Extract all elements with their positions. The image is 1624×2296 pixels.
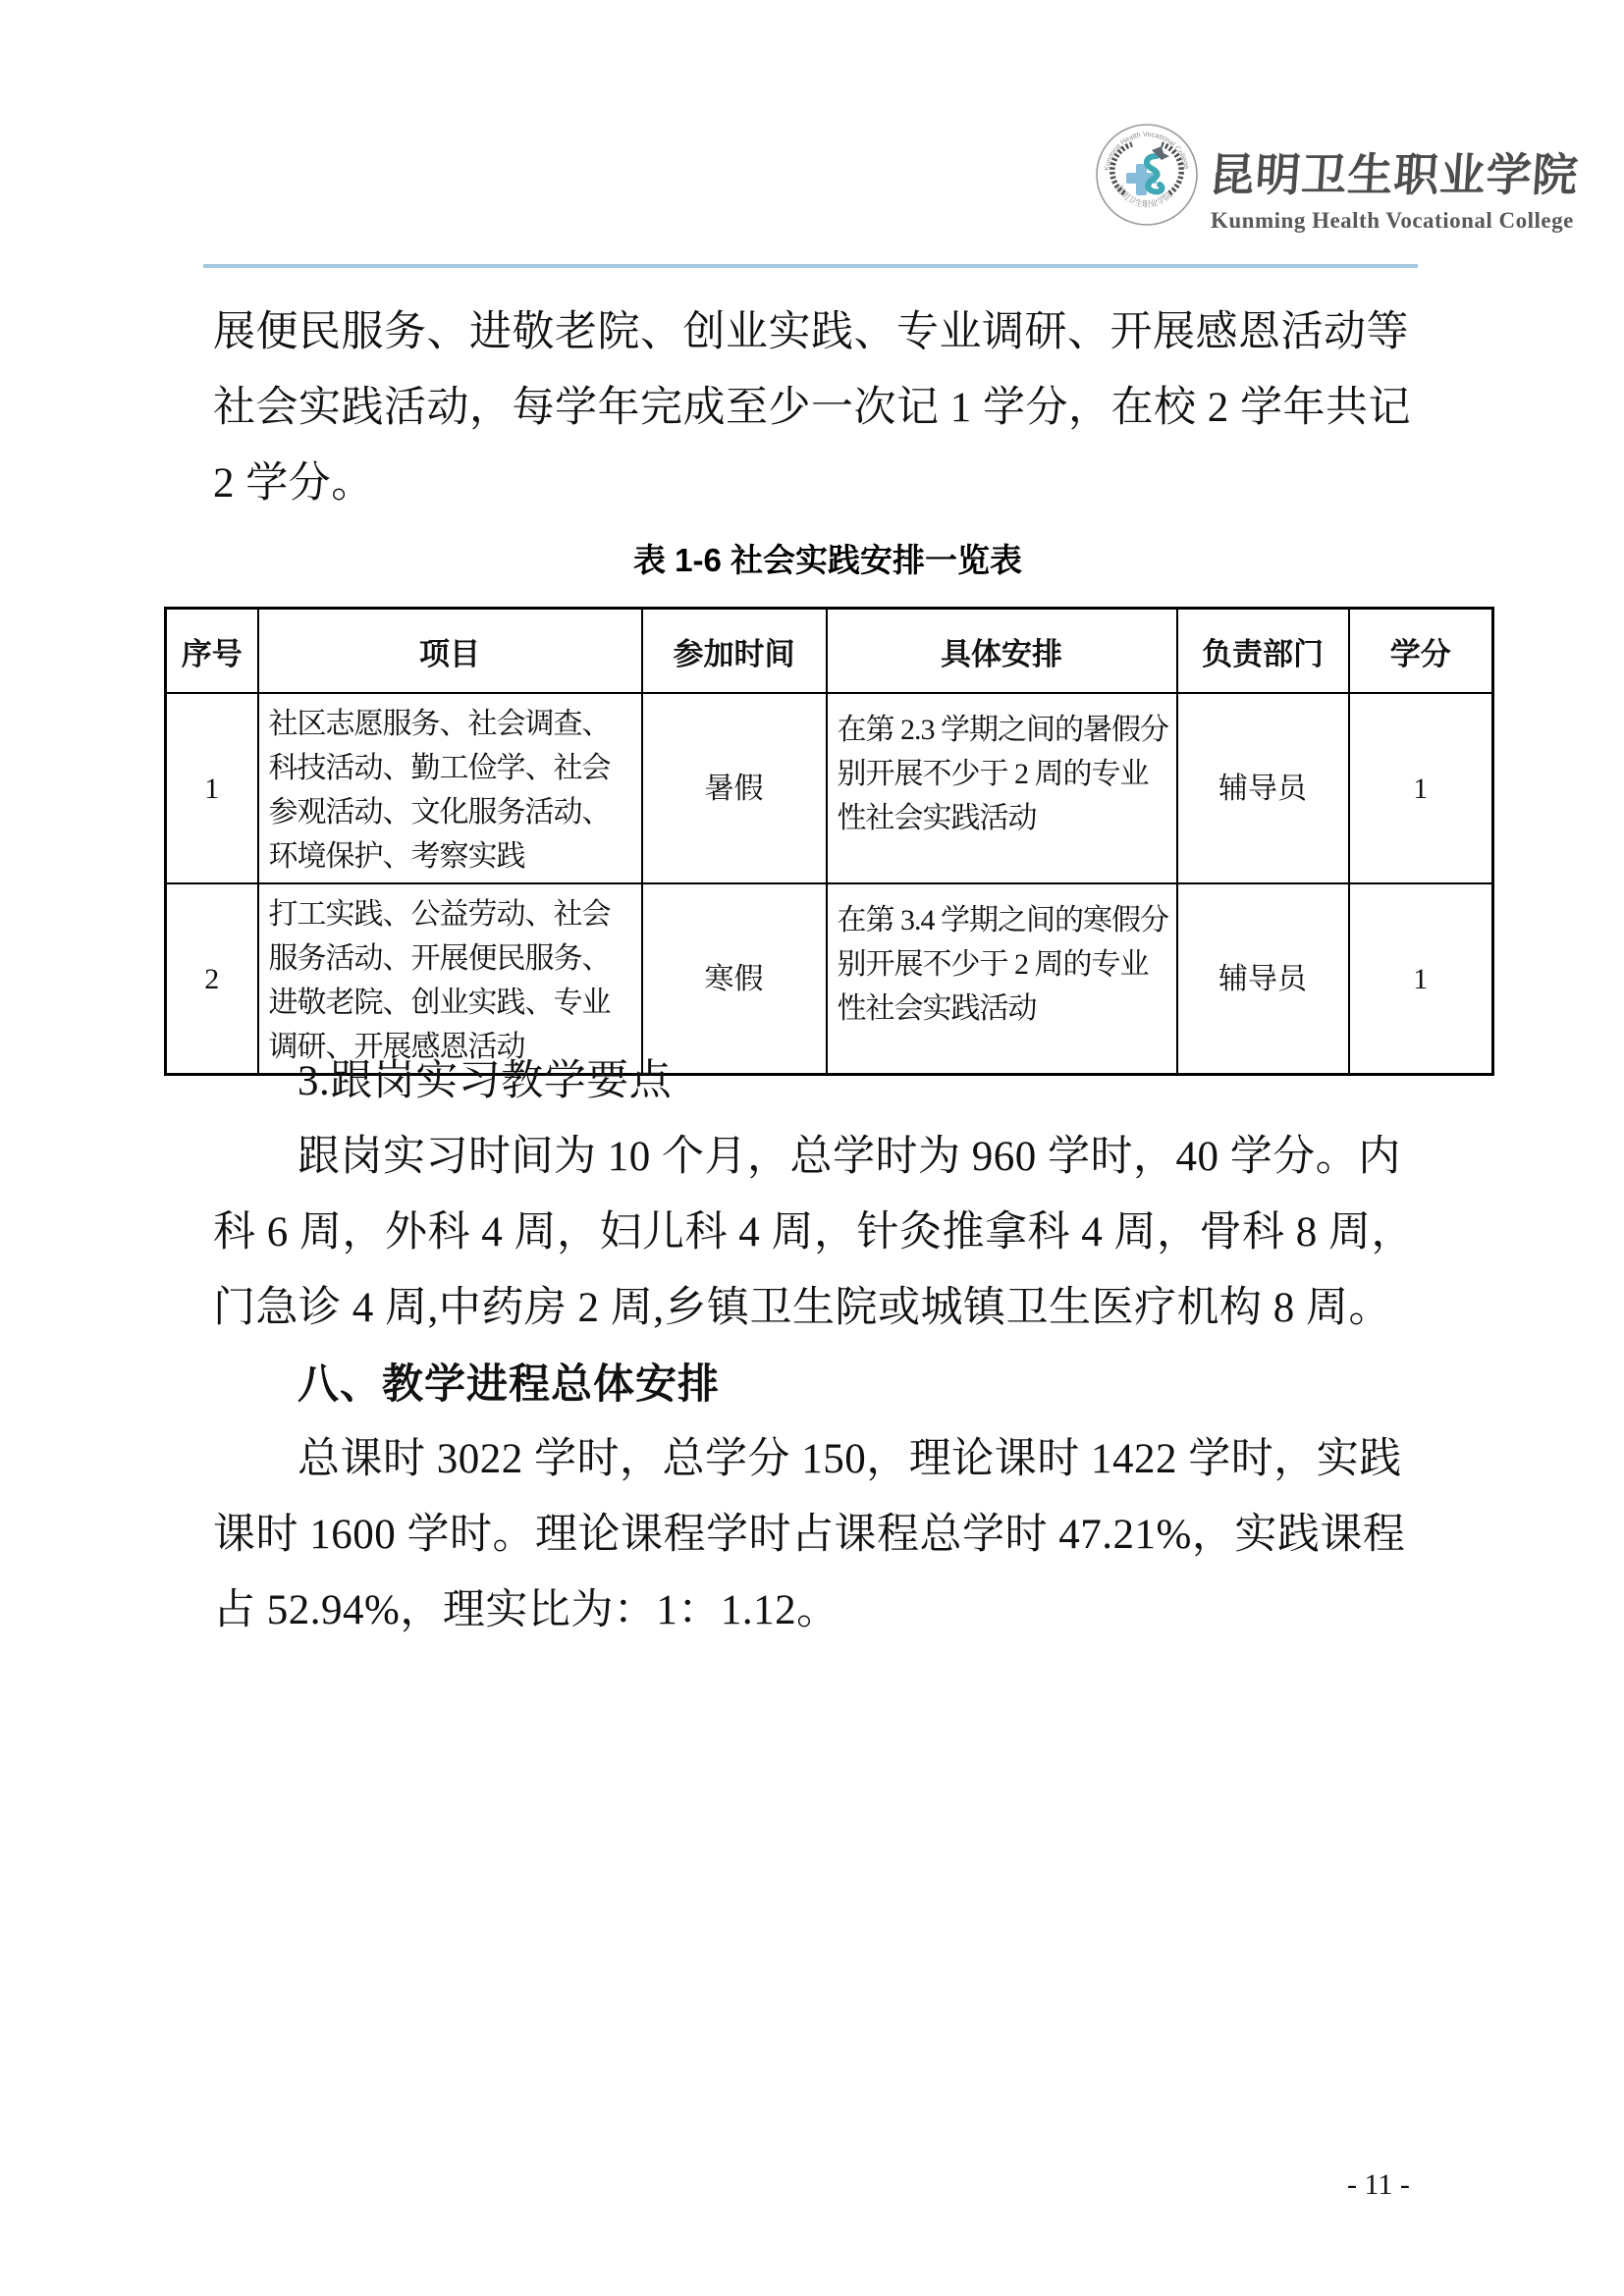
page-number: - 11 - (1347, 2165, 1465, 2205)
col-header-arrangement: 具体安排 (827, 609, 1177, 694)
col-header-time: 参加时间 (642, 609, 827, 694)
col-header-department: 负责部门 (1177, 609, 1349, 694)
cell-time: 暑假 (642, 693, 827, 883)
section-heading-schedule: 八、教学进程总体安排 (213, 1346, 1431, 1421)
col-header-seq: 序号 (166, 609, 258, 694)
table-row: 1 社区志愿服务、社会调查、科技活动、勤工俭学、社会参观活动、文化服务活动、环境… (166, 693, 1493, 883)
cell-project: 社区志愿服务、社会调查、科技活动、勤工俭学、社会参观活动、文化服务活动、环境保护… (258, 693, 642, 883)
paragraph-line: 总课时 3022 学时，总学分 150，理论课时 1422 学时，实践 (213, 1421, 1431, 1497)
header-divider (203, 264, 1418, 268)
social-practice-table: 序号 项目 参加时间 具体安排 负责部门 学分 1 社区志愿服务、社会调查、科技… (164, 607, 1494, 1076)
col-header-project: 项目 (258, 609, 642, 694)
cell-seq: 1 (166, 693, 258, 883)
cell-department: 辅导员 (1177, 693, 1349, 883)
paragraph-social-practice: 展便民服务、进敬老院、创业实践、专业调研、开展感恩活动等 社会实践活动，每学年完… (213, 294, 1426, 521)
table-header-row: 序号 项目 参加时间 具体安排 负责部门 学分 (166, 609, 1493, 694)
lower-sections: 3.跟岗实习教学要点 跟岗实习时间为 10 个月，总学时为 960 学时，40 … (213, 1043, 1431, 1648)
table-title: 表 1-6 社会实践安排一览表 (164, 531, 1491, 590)
cell-arrangement: 在第 2.3 学期之间的暑假分别开展不少于 2 周的专业性社会实践活动 (827, 693, 1177, 883)
col-header-credit: 学分 (1349, 609, 1493, 694)
paragraph-line: 占 52.94%，理实比为：1：1.12。 (213, 1573, 1431, 1648)
paragraph-line: 科 6 周，外科 4 周，妇儿科 4 周，针灸推拿科 4 周，骨科 8 周， (213, 1195, 1431, 1270)
cell-credit: 1 (1349, 693, 1493, 883)
section-heading-intern: 3.跟岗实习教学要点 (213, 1043, 1431, 1119)
paragraph-line: 展便民服务、进敬老院、创业实践、专业调研、开展感恩活动等 (213, 294, 1426, 370)
document-page: Kunming Health Vocational College 昆明卫生职业… (0, 0, 1624, 2296)
college-name-zh: 昆明卫生职业学院 (1208, 139, 1575, 200)
college-seal-icon: Kunming Health Vocational College 昆明卫生职业… (1095, 123, 1199, 227)
paragraph-line: 跟岗实习时间为 10 个月，总学时为 960 学时，40 学分。内 (213, 1119, 1431, 1195)
paragraph-line: 2 学分。 (213, 446, 1426, 521)
paragraph-line: 课时 1600 学时。理论课程学时占课程总学时 47.21%，实践课程 (213, 1497, 1431, 1573)
college-name-en: Kunming Health Vocational College (1211, 208, 1584, 234)
paragraph-line: 门急诊 4 周,中药房 2 周,乡镇卫生院或城镇卫生医疗机构 8 周。 (213, 1270, 1431, 1346)
paragraph-line: 社会实践活动，每学年完成至少一次记 1 学分，在校 2 学年共记 (213, 370, 1426, 446)
